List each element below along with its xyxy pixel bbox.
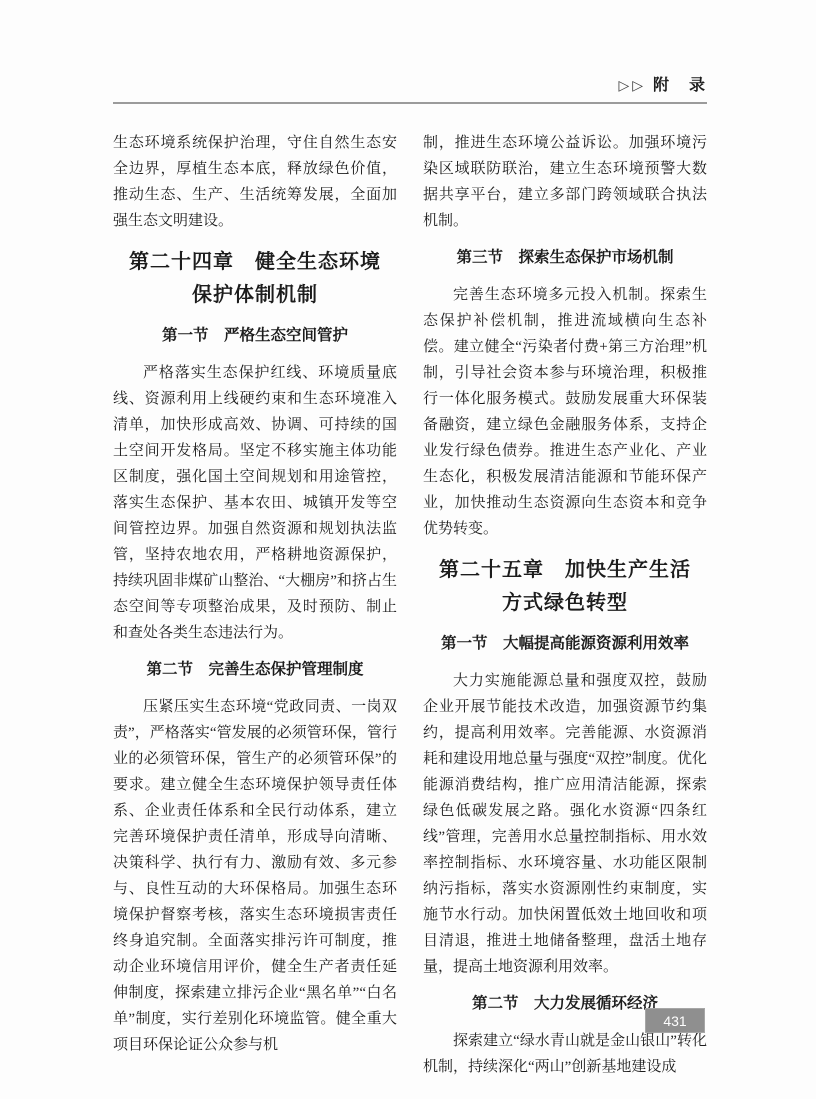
section-heading: 第三节 探索生态保护市场机制 [423, 247, 707, 269]
paragraph: 探索建立“绿水青山就是金山银山”转化机制，持续深化“两山”创新基地建设成 [423, 1028, 707, 1080]
chapter-25-heading-line1: 第二十五章 加快生产生活 [423, 554, 707, 587]
paragraph: 大力实施能源总量和强度双控，鼓励企业开展节能技术改造，加强资源节约集约，提高利用… [423, 668, 707, 980]
paragraph-continuation: 生态环境系统保护治理，守住自然生态安全边界，厚植生态本底，释放绿色价值，推动生态… [113, 130, 397, 234]
paragraph: 严格落实生态保护红线、环境质量底线、资源利用上线硬约束和生态环境准入清单，加快形… [113, 360, 397, 646]
appendix-arrows-icon: ▷▷ [618, 78, 646, 95]
document-page: ▷▷ 附 录 生态环境系统保护治理，守住自然生态安全边界，厚植生态本底，释放绿色… [0, 0, 816, 1099]
section-heading: 第一节 严格生态空间管护 [113, 325, 397, 347]
running-header: ▷▷ 附 录 [113, 72, 707, 102]
chapter-24-heading-line1: 第二十四章 健全生态环境 [113, 246, 397, 279]
paragraph-continuation: 制，推进生态环境公益诉讼。加强环境污染区域联防联治，建立生态环境预警大数据共享平… [423, 130, 707, 234]
paragraph: 完善生态环境多元投入机制。探索生态保护补偿机制，推进流域横向生态补偿。建立健全“… [423, 282, 707, 542]
paragraph: 压紧压实生态环境“党政同责、一岗双责”，严格落实“管发展的必须管环保，管行业的必… [113, 694, 397, 1058]
page-content: ▷▷ 附 录 生态环境系统保护治理，守住自然生态安全边界，厚植生态本底，释放绿色… [113, 72, 707, 1080]
page-number-badge: 431 [645, 1008, 705, 1033]
appendix-header-title: 附 录 [653, 72, 707, 95]
chapter-24-heading-line2: 保护体制机制 [113, 279, 397, 312]
section-heading: 第二节 完善生态保护管理制度 [113, 659, 397, 681]
left-column: 生态环境系统保护治理，守住自然生态安全边界，厚植生态本底，释放绿色价值，推动生态… [113, 130, 397, 1080]
section-heading: 第一节 大幅提高能源资源利用效率 [423, 633, 707, 655]
header-rule [113, 102, 707, 104]
page-number: 431 [663, 1013, 686, 1029]
two-column-layout: 生态环境系统保护治理，守住自然生态安全边界，厚植生态本底，释放绿色价值，推动生态… [113, 130, 707, 1080]
chapter-24-heading: 第二十四章 健全生态环境 保护体制机制 [113, 246, 397, 312]
chapter-25-heading-line2: 方式绿色转型 [423, 587, 707, 620]
chapter-25-heading: 第二十五章 加快生产生活 方式绿色转型 [423, 554, 707, 620]
right-column: 制，推进生态环境公益诉讼。加强环境污染区域联防联治，建立生态环境预警大数据共享平… [423, 130, 707, 1080]
